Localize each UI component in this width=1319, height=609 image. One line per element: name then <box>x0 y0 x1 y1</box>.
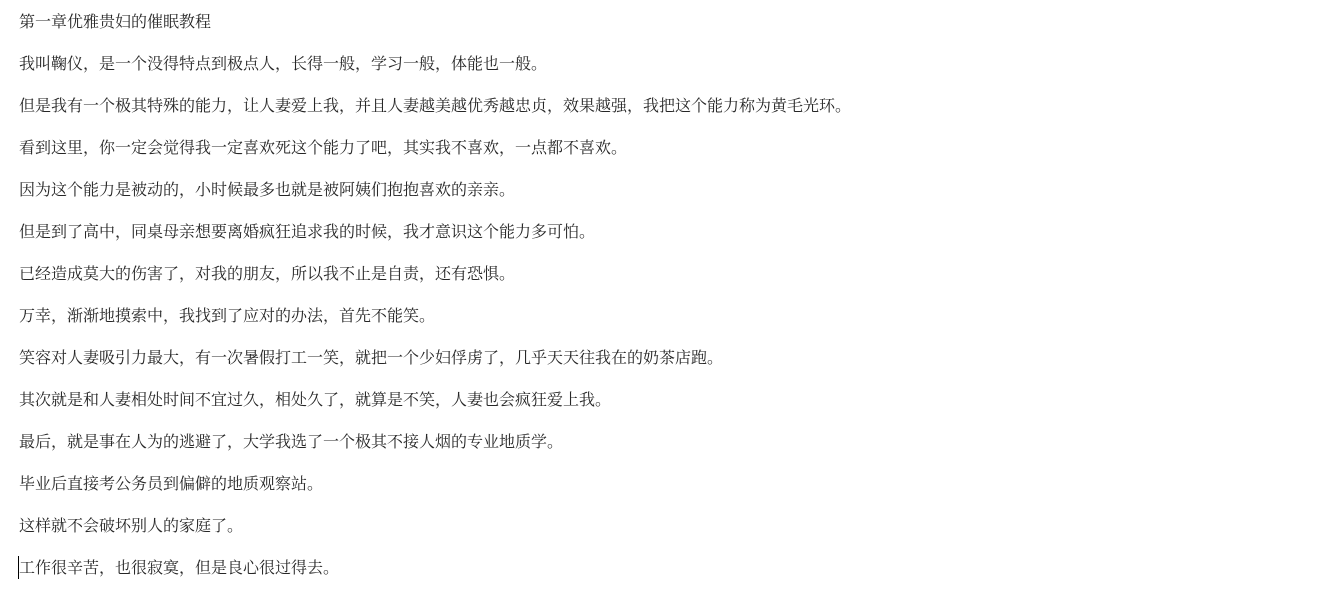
novel-paragraph: 毕业后直接考公务员到偏僻的地质观察站。 <box>19 474 1259 496</box>
novel-paragraph: 但是到了高中，同桌母亲想要离婚疯狂追求我的时候，我才意识这个能力多可怕。 <box>19 222 1259 244</box>
novel-paragraph: 这样就不会破坏别人的家庭了。 <box>19 516 1259 538</box>
novel-paragraph: 工作很辛苦，也很寂寞，但是良心很过得去。 <box>19 558 1259 580</box>
novel-paragraph: 其次就是和人妻相处时间不宜过久，相处久了，就算是不笑，人妻也会疯狂爱上我。 <box>19 390 1259 412</box>
novel-paragraph: 最后，就是事在人为的逃避了，大学我选了一个极其不接人烟的专业地质学。 <box>19 432 1259 454</box>
novel-paragraph: 我叫鞠仪，是一个没得特点到极点人，长得一般，学习一般，体能也一般。 <box>19 54 1259 76</box>
novel-paragraph: 因为这个能力是被动的，小时候最多也就是被阿姨们抱抱喜欢的亲亲。 <box>19 180 1259 202</box>
novel-paragraph: 但是我有一个极其特殊的能力，让人妻爱上我，并且人妻越美越优秀越忠贞，效果越强，我… <box>19 96 1259 118</box>
text-cursor <box>18 556 19 579</box>
novel-paragraph: 笑容对人妻吸引力最大，有一次暑假打工一笑，就把一个少妇俘虏了，几乎天天往我在的奶… <box>19 348 1259 370</box>
novel-paragraph: 看到这里，你一定会觉得我一定喜欢死这个能力了吧，其实我不喜欢，一点都不喜欢。 <box>19 138 1259 160</box>
novel-paragraph: 已经造成莫大的伤害了，对我的朋友，所以我不止是自责，还有恐惧。 <box>19 264 1259 286</box>
novel-chapter-page: 第一章优雅贵妇的催眠教程 我叫鞠仪，是一个没得特点到极点人，长得一般，学习一般，… <box>0 0 1319 609</box>
chapter-title: 第一章优雅贵妇的催眠教程 <box>19 12 1259 34</box>
novel-paragraph: 万幸，渐渐地摸索中，我找到了应对的办法，首先不能笑。 <box>19 306 1259 328</box>
